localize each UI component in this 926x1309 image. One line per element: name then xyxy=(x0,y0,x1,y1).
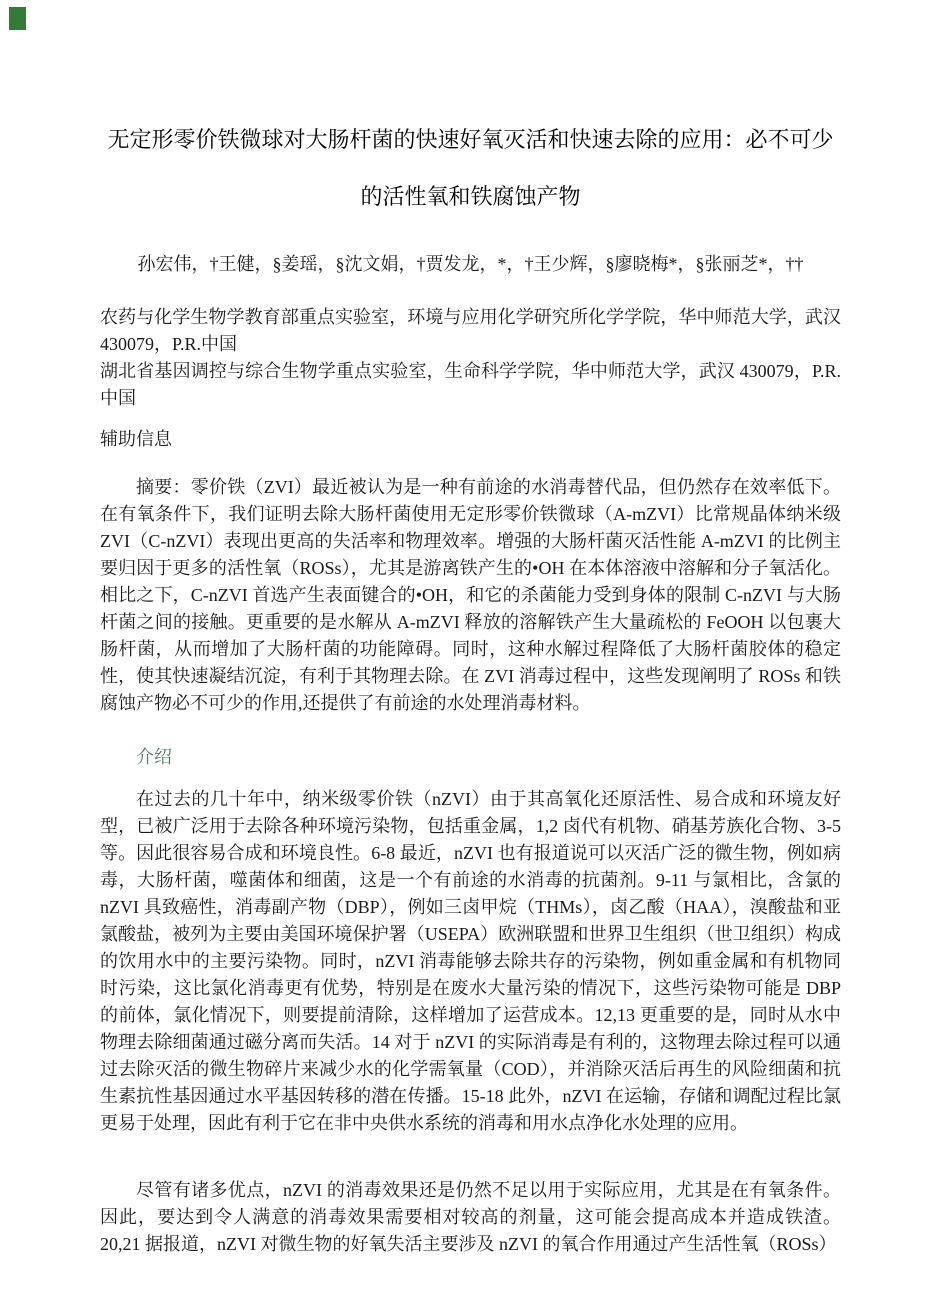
affiliation-line-2: 湖北省基因调控与综合生物学重点实验室，生命科学学院，华中师范大学，武汉 4300… xyxy=(100,358,841,412)
introduction-heading: 介绍 xyxy=(100,744,841,771)
paper-title: 无定形零价铁微球对大肠杆菌的快速好氧灭活和快速去除的应用：必不可少的活性氧和铁腐… xyxy=(100,111,841,225)
intro-paragraph-2: 尽管有诸多优点，nZVI 的消毒效果还是仍然不足以用于实际应用，尤其是在有氧条件… xyxy=(100,1177,841,1258)
supporting-info-heading: 辅助信息 xyxy=(100,426,841,453)
green-cursor-marker xyxy=(9,7,26,30)
authors-line: 孙宏伟，†王健，§姜瑶，§沈文娟，†贾发龙，*，†王少辉，§廖晓梅*，§张丽芝*… xyxy=(100,251,841,278)
page-content: 无定形零价铁微球对大肠杆菌的快速好氧灭活和快速去除的应用：必不可少的活性氧和铁腐… xyxy=(100,0,841,1258)
abstract-paragraph: 摘要：零价铁（ZVI）最近被认为是一种有前途的水消毒替代品，但仍然存在效率低下。… xyxy=(100,474,841,717)
affiliation-line-1: 农药与化学生物学教育部重点实验室，环境与应用化学研究所化学学院，华中师范大学，武… xyxy=(100,304,841,358)
intro-paragraph-1: 在过去的几十年中，纳米级零价铁（nZVI）由于其高氧化还原活性、易合成和环境友好… xyxy=(100,786,841,1137)
document-page: { "colors": { "intro_heading": "#4a7d5f"… xyxy=(0,0,926,1309)
affiliations-block: 农药与化学生物学教育部重点实验室，环境与应用化学研究所化学学院，华中师范大学，武… xyxy=(100,304,841,412)
